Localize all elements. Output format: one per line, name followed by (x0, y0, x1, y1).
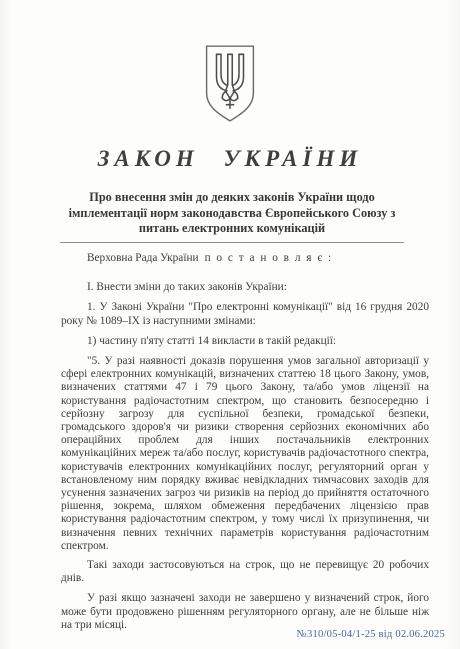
resolution-prefix: Верховна Рада України (87, 252, 199, 264)
law-subtitle: Про внесення змін до деяких законів Укра… (60, 190, 404, 243)
paragraph-term-limit: Такі заходи застосовуються на строк, що … (61, 559, 429, 585)
resolution-line: Верховна Рада Українип о с т а н о в л я… (61, 252, 429, 265)
resolution-spaced-word: п о с т а н о в л я є : (205, 252, 333, 264)
law-title: ЗАКОН УКРАЇНИ (0, 146, 460, 172)
coat-of-arms-ukraine-trident-icon (203, 44, 257, 124)
paragraph-part5-text: "5. У разі наявності доказів порушення у… (61, 355, 429, 553)
paragraph-amendment-intro: 1) частину п'яту статті 14 викласти в та… (61, 335, 429, 348)
registration-number: №310/05-04/1-25 від 02.06.2025 (297, 629, 445, 640)
law-body: Верховна Рада Українип о с т а н о в л я… (61, 252, 429, 639)
paragraph-extension: У разі якщо зазначені заходи не завершен… (61, 592, 429, 632)
paragraph-law-reference: 1. У Законі України "Про електронні кому… (61, 301, 429, 327)
paragraph-section-1: І. Внести зміни до таких законів України… (61, 281, 429, 294)
scanned-law-document-page: ЗАКОН УКРАЇНИ Про внесення змін до деяки… (0, 0, 460, 649)
